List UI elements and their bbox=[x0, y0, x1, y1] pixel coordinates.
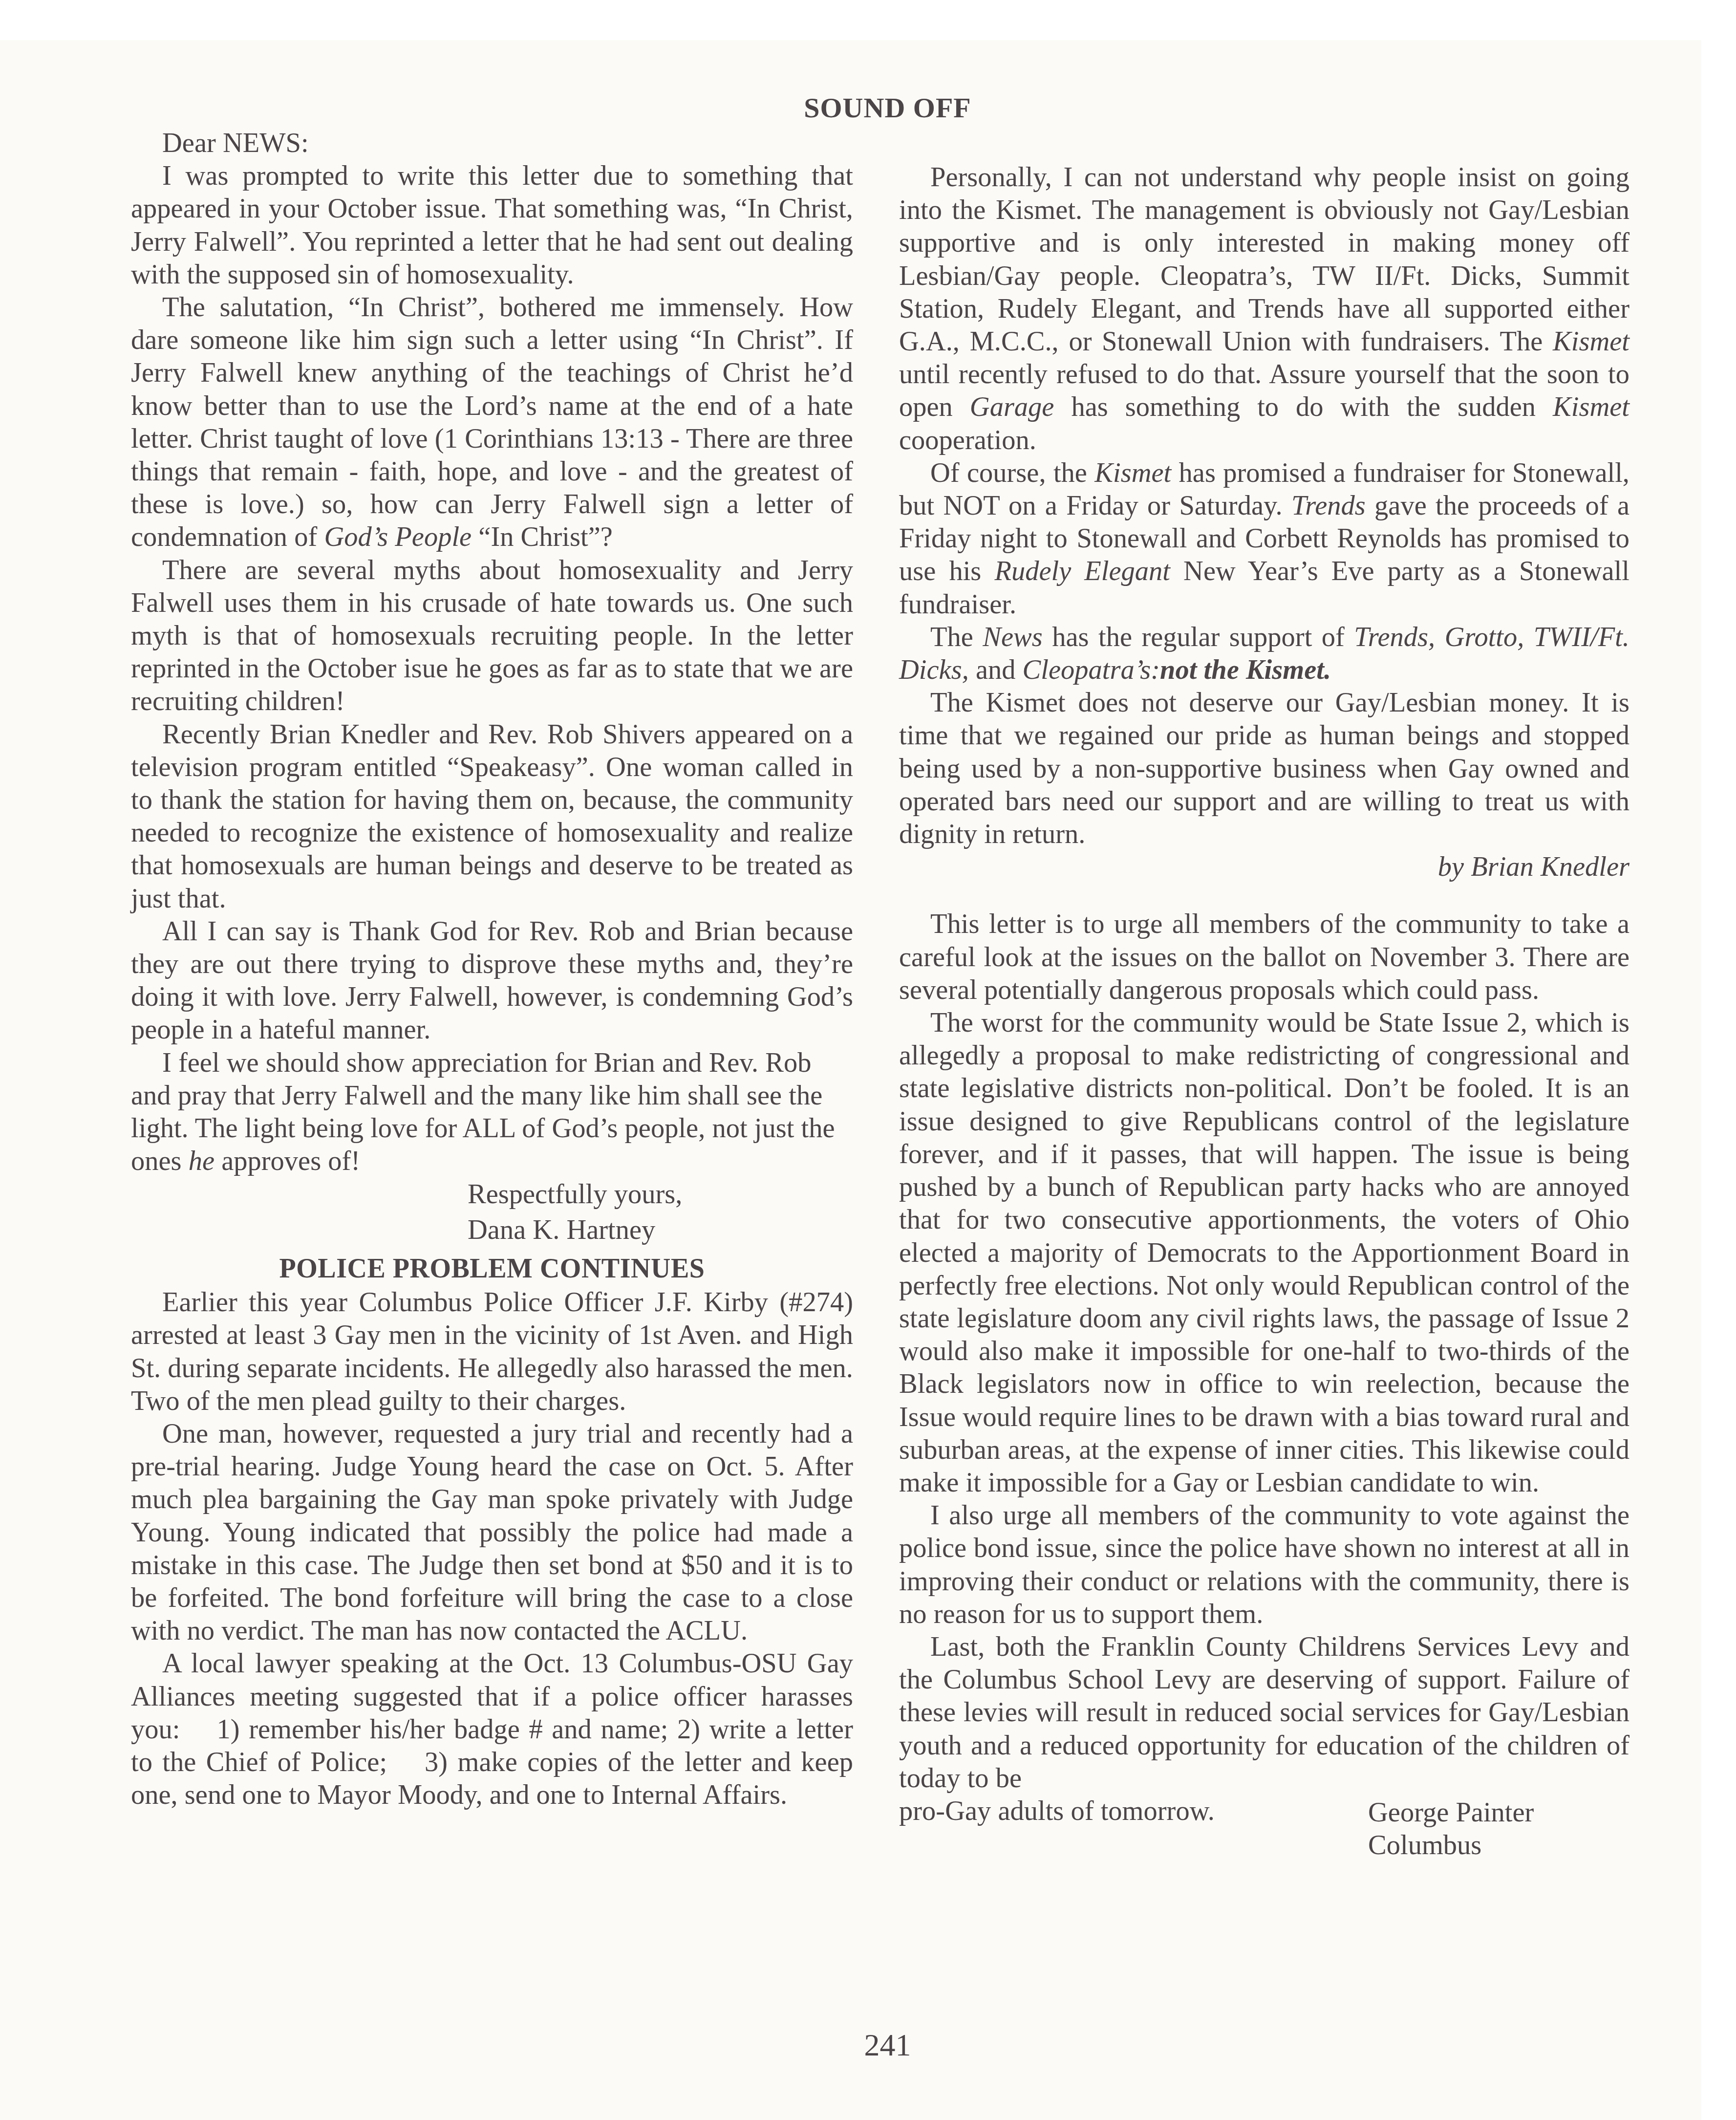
left-column: Dear NEWS: I was prompted to write this … bbox=[131, 127, 853, 1812]
letter-salutation: Dear NEWS: bbox=[131, 127, 853, 160]
letter-paragraph: There are several myths about homosexual… bbox=[131, 554, 853, 718]
article-paragraph: Earlier this year Columbus Police Office… bbox=[131, 1286, 853, 1418]
bold-emphasis: not the Kismet. bbox=[1160, 655, 1331, 685]
right-column: Personally, I can not understand why peo… bbox=[899, 161, 1629, 1828]
article-paragraph: One man, however, requested a jury trial… bbox=[131, 1418, 853, 1647]
letter-paragraph: The Kismet does not deserve our Gay/Lesb… bbox=[899, 687, 1629, 851]
italic-emphasis: God’s People bbox=[324, 522, 472, 552]
section-title: SOUND OFF bbox=[0, 91, 1736, 125]
spacer bbox=[899, 884, 1629, 908]
letter-paragraph: The worst for the community would be Sta… bbox=[899, 1007, 1629, 1499]
signature-block: George Painter Columbus bbox=[1368, 1796, 1534, 1862]
letter-paragraph: The salutation, “In Christ”, bothered me… bbox=[131, 291, 853, 554]
signature-name: George Painter bbox=[1368, 1796, 1534, 1829]
page-number: 241 bbox=[0, 2028, 1736, 2062]
letter-paragraph: This letter is to urge all members of th… bbox=[899, 908, 1629, 1007]
letter-paragraph: Of course, the Kismet has promised a fun… bbox=[899, 457, 1629, 621]
letter-paragraph: I was prompted to write this letter due … bbox=[131, 160, 853, 291]
letter-paragraph: The News has the regular support of Tren… bbox=[899, 621, 1629, 687]
letter-paragraph: I also urge all members of the community… bbox=[899, 1499, 1629, 1631]
letter-paragraph: All I can say is Thank God for Rev. Rob … bbox=[131, 915, 853, 1047]
letter-paragraph: Last, both the Franklin County Childrens… bbox=[899, 1631, 1629, 1795]
letter-paragraph: I feel we should show appreciation for B… bbox=[131, 1047, 853, 1178]
letter-closing: Respectfully yours, bbox=[131, 1178, 853, 1211]
letter-paragraph: Personally, I can not understand why peo… bbox=[899, 161, 1629, 457]
closing-block: Last, both the Franklin County Childrens… bbox=[899, 1631, 1629, 1828]
article-paragraph: A local lawyer speaking at the Oct. 13 C… bbox=[131, 1647, 853, 1812]
article-heading: POLICE PROBLEM CONTINUES bbox=[131, 1253, 853, 1285]
newsletter-page: SOUND OFF Dear NEWS: I was prompted to w… bbox=[0, 0, 1736, 2120]
signature-city: Columbus bbox=[1368, 1829, 1534, 1862]
italic-emphasis: he bbox=[189, 1146, 214, 1176]
letter-paragraph: Recently Brian Knedler and Rev. Rob Shiv… bbox=[131, 718, 853, 915]
byline: by Brian Knedler bbox=[899, 851, 1629, 884]
letter-signature: Dana K. Hartney bbox=[131, 1214, 853, 1247]
